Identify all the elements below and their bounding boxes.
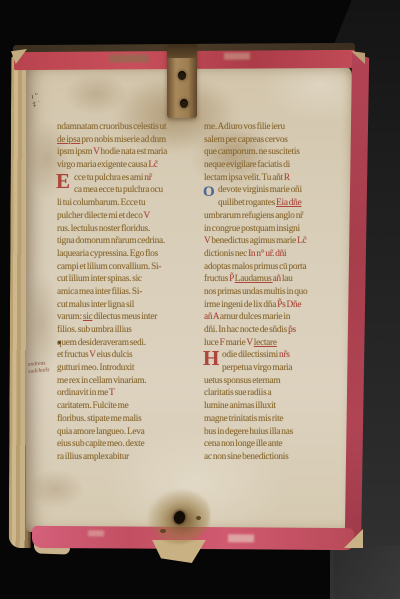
text-segment: pulcher dilecte mi et deco — [57, 211, 143, 221]
text-segment: dictionis nec — [204, 249, 248, 259]
text-line: lumine animas illuxit — [204, 400, 346, 413]
text-segment: pro nobis miserie ad dnm — [80, 135, 166, 145]
text-segment: lectam ipsa velit. Tu añt — [204, 173, 284, 183]
text-segment: filios. sub umbra illius — [57, 325, 132, 335]
text-segment: me. Adiuro vos filie ieru — [204, 122, 285, 132]
text-line: laquearia cypressina. Ego flos — [57, 248, 199, 261]
text-segment: V — [246, 338, 253, 348]
text-line: umbrarum refugiens anglo nr̃ — [204, 210, 346, 223]
text-segment: T — [109, 388, 114, 398]
text-segment: Lc̃ — [148, 160, 157, 170]
text-line: in congrue postquam insigni — [204, 223, 346, 236]
text-segment: bus in degere huius illa nas — [204, 427, 293, 437]
text-segment: uetus sponsus eternam — [204, 376, 280, 386]
text-line: Ecce tu pulchra es ami nr̃ — [57, 172, 199, 185]
text-line: lectam ipsa velit. Tu añt R — [204, 172, 346, 185]
text-segment: gutturi meo. Introduxit — [57, 363, 134, 373]
text-segment: dilectus meus inter — [93, 312, 158, 322]
text-line: virgo maria exigente causa Lc̃ — [57, 159, 199, 172]
text-line: dñi. In hac nocte de sñdis p̃s — [204, 324, 346, 337]
text-line: rus. lectulus noster floridus. — [57, 223, 199, 236]
text-segment: adoptas malos primus cū porta — [204, 262, 306, 272]
text-line: cut malus inter ligna sil — [57, 299, 199, 312]
text-segment: - — [139, 287, 142, 297]
text-segment: hodie nata est maria — [101, 147, 168, 157]
text-line: perpetua virgo maria — [204, 362, 346, 375]
text-segment: amica mea inter filias. Si — [57, 287, 139, 297]
worn-patch — [88, 530, 104, 536]
text-segment: umbrarum refugiens anglo nr̃ — [204, 211, 303, 221]
text-line: bus in degere huius illa nas — [204, 426, 346, 439]
text-line: fructus P̃ Laudamus añ lau — [204, 273, 346, 286]
text-segment: añ A — [204, 312, 220, 322]
manuscript-photo: ndamnatam cruoribus celestis utde ipsa p… — [0, 0, 400, 599]
text-line: salem per capreas cervos — [204, 134, 346, 147]
text-column-left: ndamnatam cruoribus celestis utde ipsa p… — [57, 121, 199, 464]
text-segment: neque evigilare faciatis di — [204, 160, 290, 170]
text-line: me rex in cellam vinariam. — [57, 375, 199, 388]
text-segment: Eia dñe — [276, 198, 301, 208]
pen-mark-line: ‡ ˙ — [32, 99, 41, 108]
text-segment: nr̃ — [144, 173, 151, 183]
text-segment: Lc̃ — [297, 236, 306, 246]
text-segment: p̃s — [288, 325, 296, 335]
text-segment: Laudamus — [235, 274, 273, 284]
text-line: quilibet rogantes Eia dñe — [204, 197, 346, 210]
text-line: neque evigilare faciatis di — [204, 159, 346, 172]
strap-hole — [180, 99, 188, 108]
text-line: me. Adiuro vos filie ieru — [204, 121, 346, 134]
text-line: que camporum. ne suscitetis — [204, 146, 346, 159]
text-segment: virgo maria exigente causa — [57, 160, 148, 170]
text-segment: magne trinitatis mis rite — [204, 414, 283, 424]
strap-top-cap — [167, 44, 197, 58]
text-segment: de ipsa — [57, 135, 80, 145]
text-segment: ac non sine benedictionis — [204, 452, 288, 462]
text-segment: lau — [282, 274, 293, 284]
backdrop-floor — [334, 546, 400, 599]
text-segment: et fructus — [57, 350, 89, 360]
text-line: ca mea ecce tu pulchra ocu — [57, 184, 199, 197]
text-line: caritatem. Fulcite me — [57, 400, 199, 413]
text-segment: lumine animas illuxit — [204, 401, 276, 411]
speck — [160, 529, 166, 533]
text-segment: me rex in cellam vinariam. — [57, 376, 146, 386]
text-segment: In n° ur̃. dñi — [248, 249, 286, 259]
text-segment: laquearia cypressina. Ego flos — [57, 249, 158, 259]
text-segment: ordinavit in me — [57, 388, 109, 398]
text-segment: ipsm ipsm — [57, 147, 93, 157]
text-segment: quem desideraveram sedi. — [57, 338, 146, 348]
text-line: ac non sine benedictionis — [204, 451, 346, 464]
text-segment: lectare — [254, 338, 277, 348]
text-line: eius sub capite meo. dexte — [57, 438, 199, 451]
text-segment: tigna domorum nr̃arum cedrina. — [57, 236, 165, 246]
text-line: amica mea inter filias. Si- — [57, 286, 199, 299]
text-segment: benedictus agimus marie — [211, 236, 297, 246]
text-line: nos primas undas multis in quo — [204, 286, 346, 299]
text-line: irme ingeni de lix dña P̃s Dñe — [204, 299, 346, 312]
text-segment: rus. lectulus noster floridus. — [57, 224, 150, 234]
text-line: V benedictus agimus marie Lc̃ — [204, 235, 346, 248]
text-segment: amur dulces marie in — [220, 312, 290, 322]
text-line: Odevote virginis marie oñi — [204, 184, 346, 197]
text-segment: fructus — [204, 274, 229, 284]
worn-patch — [224, 53, 250, 60]
text-segment: caritatem. Fulcite me — [57, 401, 128, 411]
text-line: ipsm ipsm V hodie nata est maria — [57, 146, 199, 159]
text-line: adoptas malos primus cū porta — [204, 261, 346, 274]
worn-patch — [228, 534, 254, 542]
text-line: Hodie dilectissimi nr̃s — [204, 349, 346, 362]
text-segment: devote virginis marie oñi — [218, 185, 302, 195]
text-line: tigna domorum nr̃arum cedrina. — [57, 235, 199, 248]
text-segment: marie — [226, 338, 247, 348]
text-segment: V — [143, 211, 149, 221]
text-line: ndamnatam cruoribus celestis ut — [57, 121, 199, 134]
text-line: ra illius amplexabitur — [57, 451, 199, 464]
text-line: ordinavit in me T — [57, 387, 199, 400]
text-segment: cut malus inter ligna sil — [57, 300, 134, 310]
text-segment: R — [284, 173, 290, 183]
text-line: gutturi meo. Introduxit — [57, 362, 199, 375]
text-segment: dñi. In hac nocte de sñdis — [204, 325, 288, 335]
text-segment: cut lilium inter spinas. sic — [57, 274, 142, 284]
text-column-right: me. Adiuro vos filie ierusalem per capre… — [204, 121, 346, 464]
text-line: campi et lilium convallium. Si- — [57, 261, 199, 274]
text-line: claritatis sue radiis a — [204, 387, 346, 400]
text-segment: floribus. stipate me malis — [57, 414, 142, 424]
text-segment: campi et lilium convallium. Si — [57, 262, 158, 272]
text-line: quem desideraveram sedi. — [57, 337, 199, 350]
text-line: cut lilium inter spinas. sic — [57, 273, 199, 286]
text-line: quia amore langueo. Leva — [57, 426, 199, 439]
text-line: varum: sic dilectus meus inter — [57, 311, 199, 324]
text-line: pulcher dilecte mi et deco V — [57, 210, 199, 223]
text-line: añ A amur dulces marie in — [204, 311, 346, 324]
text-segment: claritatis sue radiis a — [204, 388, 271, 398]
text-line: dictionis nec In n° ur̃. dñi — [204, 248, 346, 261]
text-segment: sic — [83, 312, 93, 322]
text-segment: ndamnatam cruoribus celestis ut — [57, 122, 166, 132]
text-segment: li tui columbarum. Ecce tu — [57, 198, 145, 208]
text-line: cena non longe ille ante — [204, 438, 346, 451]
text-segment: - — [158, 262, 161, 272]
text-segment: eius dulcis — [96, 350, 133, 360]
text-segment: que camporum. ne suscitetis — [204, 147, 300, 157]
text-segment: quia amore langueo. Leva — [57, 427, 145, 437]
text-line: luce F marie V lectare — [204, 337, 346, 350]
text-segment: ra illius amplexabitur — [57, 452, 129, 462]
text-segment: odie dilectissimi — [222, 350, 279, 360]
speck — [196, 516, 201, 520]
speck — [58, 341, 61, 344]
text-segment: perpetua virgo maria — [222, 363, 292, 373]
text-segment: irme ingeni de lix dña — [204, 300, 277, 310]
text-segment: nr̃s — [279, 350, 290, 360]
text-segment: ca mea ecce tu pulchra ocu — [74, 185, 163, 195]
text-line: li tui columbarum. Ecce tu — [57, 197, 199, 210]
text-segment: cce tu pulchra es ami — [74, 173, 144, 183]
text-segment: salem per capreas cervos — [204, 135, 288, 145]
text-segment: añ — [273, 274, 282, 284]
worn-patch — [109, 54, 149, 62]
text-line: de ipsa pro nobis miserie ad dnm — [57, 134, 199, 147]
text-segment: varum: — [57, 312, 83, 322]
text-segment: V — [93, 147, 100, 157]
marginal-note: andreas sudchails — [27, 360, 49, 375]
bookmark-strap — [167, 44, 197, 118]
text-segment: eius sub capite meo. dexte — [57, 439, 144, 449]
text-line: filios. sub umbra illius — [57, 324, 199, 337]
text-line: uetus sponsus eternam — [204, 375, 346, 388]
text-segment: P̃s Dñe — [277, 300, 301, 310]
text-line: floribus. stipate me malis — [57, 413, 199, 426]
text-segment: cena non longe ille ante — [204, 439, 282, 449]
text-segment: in congrue postquam insigni — [204, 224, 300, 234]
text-segment: quilibet rogantes — [218, 198, 276, 208]
text-segment: nos primas undas multis in quo — [204, 287, 307, 297]
text-line: et fructus V eius dulcis — [57, 349, 199, 362]
text-line: magne trinitatis mis rite — [204, 413, 346, 426]
strap-hole — [178, 71, 186, 80]
